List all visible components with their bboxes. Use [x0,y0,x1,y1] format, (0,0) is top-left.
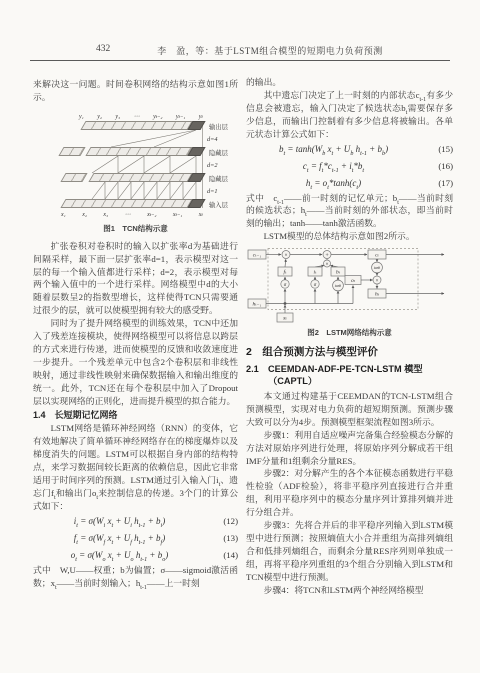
lstm-diagram: cₜ₋₁ hₜ₋₁ xₜ fₜ iₜ bₜ oₜ cₜ hₜ × [246,247,453,325]
equation-15: bt = tanh(Wb xt + Ub ht-1 + bb) (15) [246,141,453,158]
equation-formula: ct = ft*ct-1 + it*bt [246,160,421,173]
equation-formula: ht = ot*tanh(ct) [246,177,421,190]
candidate-label: bₜ [336,270,341,276]
equation-number: (14) [206,549,238,562]
paragraph-where-right: 式中 ct-1——前一时刻的记忆单元；bt——当前时刻的候选状态；ht——当前时… [246,192,453,231]
y-label: y₃ [115,111,120,124]
x-label: x₁ [61,209,66,222]
figure2-caption: 图2 LSTM网络结构示意 [246,327,453,340]
right-column: 的输出。 其中遗忘门决定了上一时刻的内部状态ct-1有多少信息会被遗忘，输入门决… [246,76,453,596]
equation-number: (12) [206,515,238,528]
paragraph-fig2-ref: LSTM模型的总体结构示意如图2所示。 [246,230,453,243]
y-label: yₜ₋₂ [153,111,162,124]
layer-name-hidden1: 隐藏层 [209,174,228,187]
paragraph-step4: 步骤4：将TCN和LSTM两个神经网络模型 [246,584,453,597]
equation-number: (13) [206,532,238,545]
layer-name-input: 输入层 [209,200,228,213]
tanh-symbol: tanh [374,266,381,270]
equation-17: ht = ot*tanh(ct) (17) [246,175,453,192]
dilation-label-1: d=1 [207,186,218,199]
layer-name-hidden2: 隐藏层 [209,148,228,161]
paragraph-gates: 其中遗忘门决定了上一时刻的内部状态ct-1有多少信息会被遗忘，输入门决定了候选状… [246,89,453,141]
tcn-input-series-labels: x₁ x₂ x₃ ⋯ xₜ₋₂ xₜ₋₁ xₜ [61,209,203,222]
heading-section-2: 2 组合预测方法与模型评价 [246,346,453,359]
x-label: xₜ₋₁ [173,209,182,222]
figure-tcn: y₁ y₂ y₃ ⋯ yₜ₋₂ yₜ₋₁ yₜ x₁ x₂ x₃ ⋯ xₜ₋₂ … [33,109,238,221]
equation-number: (16) [421,160,453,173]
figure-lstm: cₜ₋₁ hₜ₋₁ xₜ fₜ iₜ bₜ oₜ cₜ hₜ × [246,247,453,325]
paragraph-step3: 步骤3：先将合并后的非平稳序列输入到LSTM模型中进行预测；按照熵值大小合并重组… [246,519,453,584]
tcn-hidden1-layer-bar [88,173,192,182]
equation-12: it = σ(Wi xt + Ui ht-1 + bi) (12) [33,513,238,530]
paragraph-where-left: 式中 W,U——权重；b为偏置；σ——sigmoid激活函数；xt——当前时刻输… [33,564,238,590]
y-label: yₜ [199,111,203,124]
equation-number: (15) [421,143,453,156]
equation-formula: it = σ(Wi xt + Ui ht-1 + bi) [33,515,206,528]
paragraph-step2: 步骤2：对分解产生的各个本征模态函数进行平稳性检验（ADF检验），将非平稳序列直… [246,467,453,519]
c-out-label: cₜ [375,253,379,259]
paragraph-continuation: 的输出。 [246,76,453,89]
running-title: 李 盈，等：基于LSTM组合模型的短期电力负荷预测 [120,44,420,57]
paragraph-residual: 同时为了提升网络模型的训练效果，TCN中还加入了残差连接模块，使得网络模型可以将… [33,317,238,407]
header-rule [30,60,450,61]
dilation-label-4: d=4 [207,134,218,147]
paragraph-intro: 来解决这一问题。时间卷积网络的结构示意如图1所示。 [33,78,238,104]
heading-1-4: 1.4 长短期记忆网络 [33,409,238,422]
lstm-cell-boundary [268,249,418,310]
c-prev-label: cₜ₋₁ [253,253,262,259]
h-out-label: hₜ [375,292,380,298]
dilation-label-2: d=2 [207,160,218,173]
multiply-symbol: × [284,253,288,259]
y-label: yₜ₋₁ [176,111,185,124]
equation-16: ct = ft*ct-1 + it*bt (16) [246,158,453,175]
equation-formula: bt = tanh(Wb xt + Ub ht-1 + bb) [246,143,421,156]
y-label: y₁ [79,111,84,124]
equation-13: ft = σ(Wf xt + Uf ht-1 + bf) (13) [33,530,238,547]
left-column: 来解决这一问题。时间卷积网络的结构示意如图1所示。 [33,78,238,590]
heading-section-2-1: 2.1 CEEMDAN-ADF-PE-TCN-LSTM 模型（CAPTL） [246,363,453,388]
equation-number: (17) [421,177,453,190]
y-label: y₂ [97,111,102,124]
layer-name-output: 输出层 [209,122,228,135]
add-symbol: + [325,253,329,259]
figure1-caption: 图1 TCN结构示意 [33,223,238,236]
equation-14: ot = σ(Wo xt + Uo ht-1 + bo) (14) [33,547,238,564]
ellipsis: ⋯ [134,111,140,124]
equation-formula: ft = σ(Wf xt + Uf ht-1 + bf) [33,532,206,545]
paragraph-step1: 步骤1：利用自适应噪声完备集合经验模态分解的方法对原始序列进行处理，将原始序列分… [246,429,453,468]
tanh-symbol: tanh [335,284,342,288]
h-prev-label: hₜ₋₁ [253,302,262,308]
x-label: x₃ [103,209,108,222]
ellipsis: ⋯ [125,209,131,222]
multiply-symbol: × [325,262,329,268]
x-label: xₜ [199,209,203,222]
tcn-hidden2-layer-bar [85,147,192,156]
x-label: x₂ [82,209,87,222]
output-gate-label: oₜ [351,278,356,284]
paper-page: 432 李 盈，等：基于LSTM组合模型的短期电力负荷预测 来解决这一问题。时间… [0,0,480,673]
paragraph-dilation: 扩张卷积对卷积时的输入以扩张率d为基础进行间隔采样，最下面一层扩张率d=1，表示… [33,240,238,317]
page-number: 432 [96,44,110,54]
paragraph-lstm-intro: LSTM网络是循环神经网络（RNN）的变体，它有效地解决了简单循环神经网络存在的… [33,422,238,512]
tcn-output-series-labels: y₁ y₂ y₃ ⋯ yₜ₋₂ yₜ₋₁ yₜ [79,111,203,124]
x-input-label: xₜ [282,316,287,322]
x-label: xₜ₋₂ [147,209,156,222]
equation-formula: ot = σ(Wo xt + Uo ht-1 + bo) [33,549,206,562]
tcn-input-layer-bar [60,199,192,208]
paragraph-captl: 本文通过构建基于CEEMDAN的TCN-LSTM组合预测模型，实现对电力负荷的超… [246,390,453,429]
multiply-symbol: × [375,278,379,284]
